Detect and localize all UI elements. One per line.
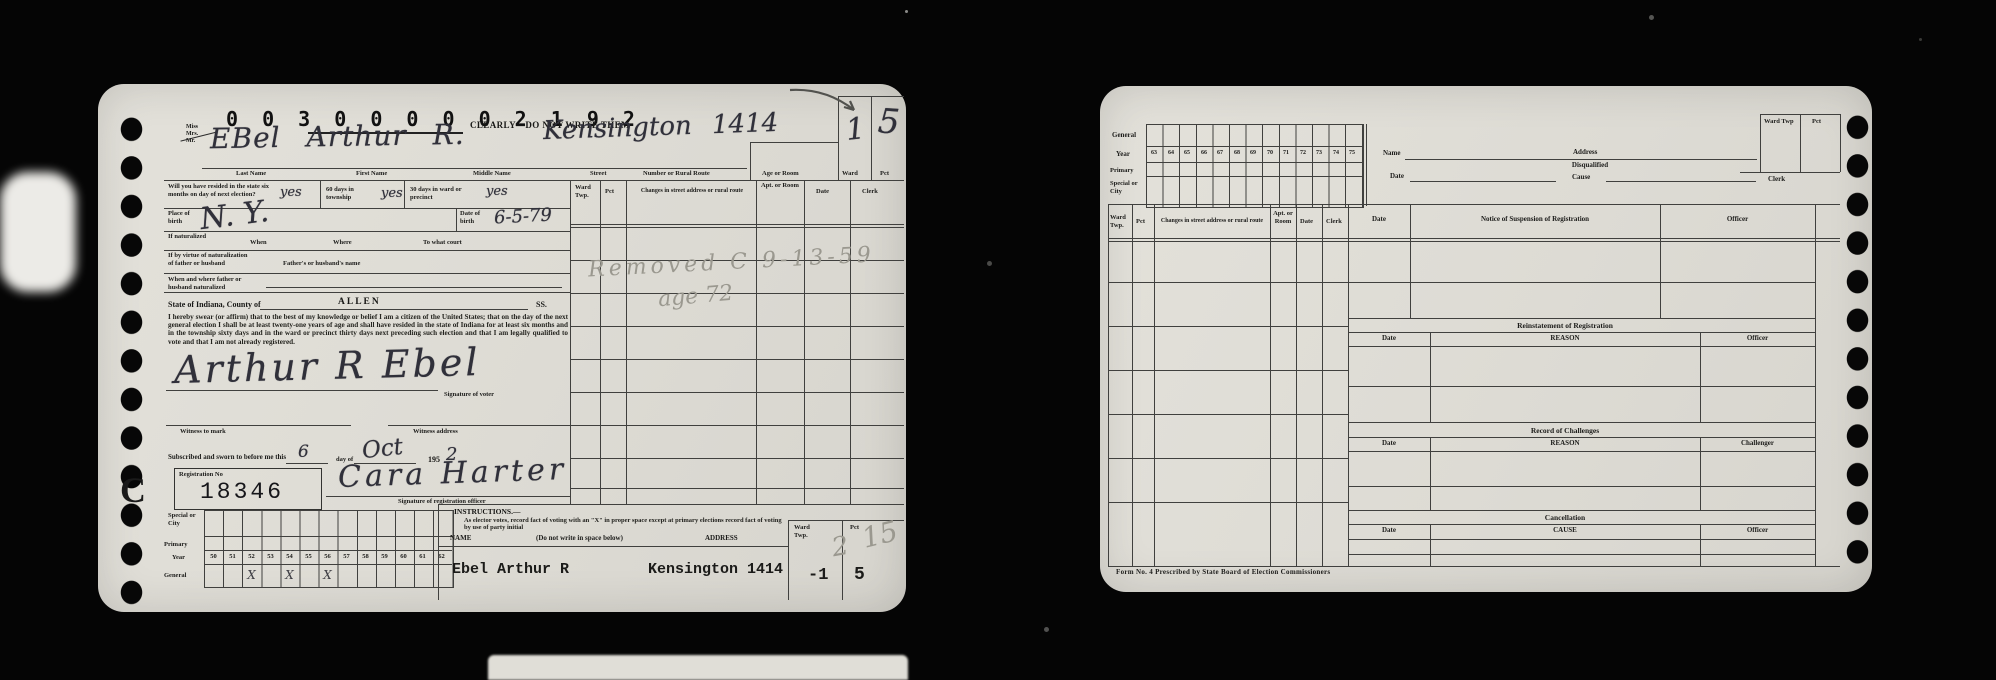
label-signature-of-voter: Signature of voter	[444, 391, 494, 399]
year-cell: 53	[261, 553, 280, 560]
sworn-day-handwritten: 6	[298, 442, 309, 462]
rule	[1815, 204, 1816, 566]
do-not-write-note: (Do not write in space below)	[536, 535, 623, 543]
year-cell: 75	[1344, 150, 1360, 157]
year-cell: 69	[1245, 150, 1261, 157]
rule	[1740, 172, 1840, 173]
label-changes-col: Changes in street address or rural route	[1156, 218, 1268, 226]
rule	[1108, 502, 1348, 503]
registration-officer-signature: Cara Harter	[337, 452, 567, 495]
label-challenges-reason: REASON	[1430, 440, 1700, 448]
rule	[164, 180, 904, 181]
label-changes-col: Changes in street address or rural route	[630, 188, 754, 196]
voter-name-handwritten: EBel Arthur R.	[210, 118, 465, 155]
rule	[1108, 241, 1840, 242]
label-reinstatement-officer: Officer	[1700, 335, 1815, 343]
rule	[1270, 204, 1271, 566]
rule	[1348, 332, 1815, 333]
sworn-statement: Subscribed and sworn to before me this	[168, 454, 286, 462]
label-pct-bottom: Pct	[850, 524, 859, 532]
rule	[1108, 458, 1348, 459]
instructions-body: As elector votes, record fact of voting …	[464, 517, 786, 532]
challenges-title: Record of Challenges	[1430, 427, 1700, 435]
rule	[570, 293, 904, 294]
rule	[204, 564, 452, 565]
rule	[1348, 510, 1815, 511]
rule	[438, 546, 788, 547]
label-where: Where	[333, 239, 352, 247]
vote-mark: X	[242, 568, 261, 582]
affidavit-ss: SS.	[536, 300, 547, 309]
label-apt-col: Apt. or Room	[760, 182, 800, 190]
rule	[570, 224, 904, 225]
rule	[850, 180, 851, 504]
rule	[750, 142, 751, 180]
label-number: Number or Rural Route	[643, 170, 710, 178]
label-address: ADDRESS	[705, 535, 738, 543]
year-cell: 56	[318, 553, 337, 560]
label-pct-col: Pct	[1136, 218, 1145, 226]
prefix-miss: Miss	[186, 124, 198, 131]
rule	[626, 180, 627, 504]
typed-pct-value: 5	[854, 567, 865, 583]
label-suspension-date: Date	[1348, 216, 1410, 224]
year-cell: 55	[299, 553, 318, 560]
grid-row-primary: Primary	[1110, 167, 1133, 175]
rule	[1108, 370, 1348, 371]
year-cell: 62	[432, 553, 451, 560]
rule	[1348, 318, 1815, 319]
label-address: Address	[1573, 149, 1597, 157]
label-clerk-col: Clerk	[862, 188, 878, 196]
label-cancellation-cause: CAUSE	[1430, 527, 1700, 535]
grid-row-special-city: Special or City	[1110, 180, 1138, 195]
rule	[570, 458, 904, 459]
rule	[788, 520, 789, 600]
year-cell: 72	[1295, 150, 1311, 157]
rule	[570, 359, 904, 360]
suspension-title: Notice of Suspension of Registration	[1410, 216, 1660, 224]
rule	[570, 392, 904, 393]
name-prefix: Miss Mrs. Mr.	[186, 124, 198, 145]
year-cell: 61	[413, 553, 432, 560]
label-street: Street	[590, 170, 606, 178]
voter-registration-card-front: 0 0 3 0 0 0 0 0 2 1 9 2 CLEARLY—DO NOT W…	[98, 84, 906, 612]
label-clerk: Clerk	[1768, 176, 1785, 184]
rule	[570, 488, 904, 489]
rule	[1348, 282, 1815, 283]
label-witness-address: Witness address	[413, 428, 458, 436]
label-cause: Cause	[1572, 174, 1590, 182]
label-pct: Pct	[1812, 118, 1821, 126]
label-pct-col: Pct	[605, 188, 614, 196]
label-ward: Ward	[842, 170, 858, 178]
rule	[1348, 539, 1815, 540]
typed-address: Kensington 1414	[648, 562, 783, 578]
label-apt-col: Apt. or Room	[1272, 210, 1294, 225]
year-cell: 64	[1163, 150, 1179, 157]
rule	[204, 550, 452, 551]
rule	[166, 390, 438, 391]
residency-question-township: 60 days in township	[326, 186, 378, 201]
affidavit-state-line: State of Indiana, County of	[168, 300, 261, 309]
label-challenger: Challenger	[1700, 440, 1815, 448]
residency-answer-township: yes	[381, 186, 403, 201]
label-ward-twp-col: Ward Twp.	[1110, 214, 1132, 229]
film-speck	[905, 10, 908, 13]
rule	[404, 180, 405, 208]
rule	[166, 425, 351, 426]
rule	[1348, 486, 1815, 487]
year-cell: 70	[1262, 150, 1278, 157]
rule	[570, 227, 904, 228]
vote-grid	[1146, 124, 1364, 208]
rule	[871, 96, 872, 180]
rule	[750, 142, 838, 143]
rule	[600, 180, 601, 504]
rule	[164, 231, 570, 232]
rule	[1108, 326, 1348, 327]
rule	[570, 326, 904, 327]
affidavit-county: ALLEN	[338, 298, 381, 307]
rule	[1146, 146, 1362, 147]
rule	[1348, 554, 1815, 555]
rule	[1405, 159, 1757, 160]
year-cell: 59	[375, 553, 394, 560]
punch-holes	[1844, 108, 1871, 574]
rule	[756, 180, 757, 504]
rule	[1410, 181, 1556, 182]
rule	[266, 287, 562, 288]
label-last-name: Last Name	[236, 170, 266, 178]
rule	[1700, 437, 1701, 510]
rule	[1348, 422, 1815, 423]
residency-answer-ward: yes	[486, 184, 508, 199]
rule	[326, 496, 571, 497]
cancellation-title: Cancellation	[1430, 514, 1700, 522]
next-card-edge	[488, 655, 908, 680]
label-date-col: Date	[816, 188, 829, 196]
pencil-ward-note: 2	[830, 531, 852, 563]
rule	[320, 180, 321, 208]
year-cell: 68	[1229, 150, 1245, 157]
microfilm-scan: { "film": { "stamp_number": "0 0 3 0 0 0…	[0, 0, 1996, 680]
rule	[1760, 114, 1761, 172]
punch-holes	[118, 110, 145, 612]
label-challenges-date: Date	[1348, 440, 1430, 448]
label-suspension-officer: Officer	[1660, 216, 1815, 224]
rule	[164, 292, 570, 293]
rule	[1108, 414, 1348, 415]
pencil-arrow	[786, 84, 868, 124]
reinstatement-title: Reinstatement of Registration	[1430, 322, 1700, 330]
year-cell: 60	[394, 553, 413, 560]
label-when-where-naturalized: When and where father or husband natural…	[168, 276, 263, 291]
rule	[1108, 566, 1840, 567]
rule	[1146, 176, 1362, 177]
rule	[286, 463, 328, 464]
label-disqualified: Disqualified	[1530, 162, 1650, 170]
label-date-col: Date	[1300, 218, 1313, 226]
typed-name: Ebel Arthur R	[452, 562, 569, 578]
year-cell: 74	[1328, 150, 1344, 157]
grid-row-year: Year	[1116, 151, 1130, 159]
rule	[1348, 437, 1815, 438]
rule	[1348, 386, 1815, 387]
label-date-of-birth: Date of birth	[460, 210, 490, 225]
rule	[456, 208, 457, 231]
year-cell: 67	[1212, 150, 1228, 157]
film-light-leak	[0, 172, 76, 292]
grid-row-general: General	[1112, 132, 1136, 140]
rule	[1348, 346, 1815, 347]
label-first-name: First Name	[356, 170, 387, 178]
label-middle-name: Middle Name	[473, 170, 511, 178]
rule	[1108, 204, 1109, 566]
label-reinstatement-date: Date	[1348, 335, 1430, 343]
pencil-pct-note: 15	[859, 514, 902, 555]
label-name: Name	[1383, 150, 1401, 158]
grid-row-year: Year	[172, 554, 185, 562]
label-name: NAME	[450, 535, 471, 543]
typed-ward-value: -1	[808, 568, 828, 584]
rule	[202, 168, 747, 169]
year-cell: 54	[280, 553, 299, 560]
label-registration-no: Registration No	[179, 471, 223, 479]
label-age-or-room: Age or Room	[762, 170, 799, 178]
rule	[1348, 451, 1815, 452]
rule	[1348, 204, 1349, 566]
rule	[1154, 204, 1155, 566]
label-witness-to-mark: Witness to mark	[180, 428, 226, 436]
rule	[1108, 282, 1348, 283]
year-cell: 73	[1311, 150, 1327, 157]
year-cell: 51	[223, 553, 242, 560]
residency-question-ward: 30 days in ward or precinct	[410, 186, 470, 201]
label-ward-twp-bottom: Ward Twp.	[794, 524, 824, 539]
residency-answer-state: yes	[280, 185, 302, 200]
rule	[570, 425, 904, 426]
label-ward-twp-col: Ward Twp.	[575, 184, 599, 199]
rule	[1800, 114, 1801, 172]
grid-row-special-city: Special or City	[168, 512, 202, 527]
label-date: Date	[1390, 173, 1404, 181]
voter-registration-card-back: General Year Primary Special or City 63 …	[1100, 86, 1872, 592]
pencil-removal-note: Removed C 9-13-59	[588, 243, 876, 283]
label-ward-twp: Ward Twp	[1764, 118, 1794, 126]
label-reinstatement-reason: REASON	[1430, 335, 1700, 343]
label-clerk-col: Clerk	[1326, 218, 1342, 226]
label-by-virtue: If by virtue of naturalization of father…	[168, 252, 248, 267]
year-cell: 71	[1278, 150, 1294, 157]
instructions-title: INSTRUCTIONS.—	[454, 508, 520, 517]
rule	[1146, 162, 1362, 163]
label-pct: Pct	[880, 170, 889, 178]
rule	[388, 425, 570, 426]
year-cell: 50	[204, 553, 223, 560]
vote-mark: X	[318, 568, 337, 582]
year-cell: 65	[1179, 150, 1195, 157]
year-cell: 58	[356, 553, 375, 560]
year-cell: 52	[242, 553, 261, 560]
label-if-naturalized: If naturalized	[168, 233, 212, 241]
rule	[1366, 124, 1367, 206]
grid-row-general: General	[164, 572, 186, 580]
rule	[204, 536, 452, 537]
voter-signature: Arthur R Ebel	[173, 340, 481, 392]
rule	[1132, 204, 1133, 566]
label-father-name: Father's or husband's name	[283, 260, 360, 268]
rule	[1606, 181, 1756, 182]
rule	[1108, 204, 1840, 205]
rule	[1322, 204, 1323, 566]
rule	[804, 180, 805, 504]
date-of-birth-value: 6-5-79	[493, 204, 552, 228]
label-cancellation-date: Date	[1348, 527, 1430, 535]
grid-row-primary: Primary	[164, 541, 187, 549]
year-cell: 57	[337, 553, 356, 560]
pencil-age-note: age 72	[657, 281, 734, 312]
c-stamp: C	[120, 472, 146, 508]
rule	[438, 504, 904, 505]
rule	[438, 504, 439, 600]
rule	[1840, 114, 1841, 172]
rule	[1296, 204, 1297, 566]
registration-number: 18346	[200, 480, 284, 504]
label-place-of-birth: Place of birth	[168, 210, 202, 225]
rule	[164, 250, 570, 251]
year-cell: 66	[1196, 150, 1212, 157]
label-to-what-court: To what court	[423, 239, 462, 247]
rule	[1108, 238, 1840, 239]
rule	[1430, 437, 1431, 510]
rule	[1348, 524, 1815, 525]
affidavit-body: I hereby swear (or affirm) that to the b…	[168, 313, 568, 346]
label-cancellation-officer: Officer	[1700, 527, 1815, 535]
rule	[570, 180, 571, 504]
label-when: When	[250, 239, 267, 247]
rule	[164, 273, 570, 274]
vote-mark: X	[280, 568, 299, 582]
form-number-footer: Form No. 4 Prescribed by State Board of …	[1116, 569, 1330, 577]
rule	[260, 309, 528, 310]
pct-value-handwritten: 5	[877, 101, 901, 142]
year-cell: 63	[1146, 150, 1162, 157]
